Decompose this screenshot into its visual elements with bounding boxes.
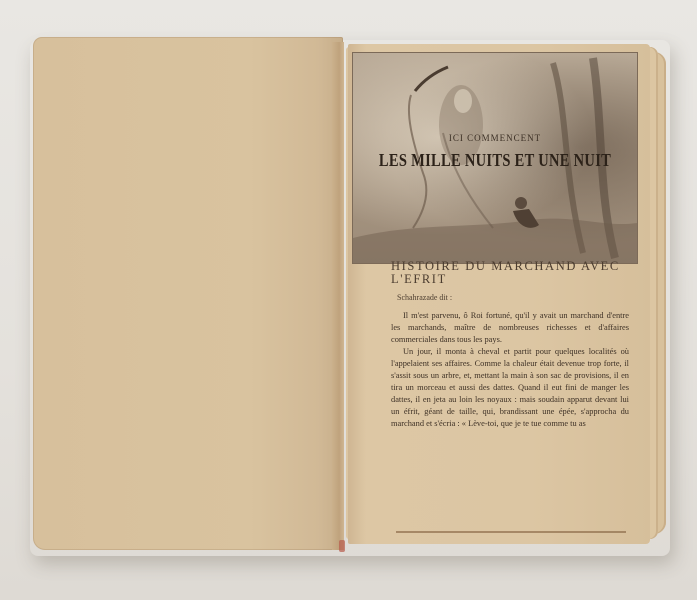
left-page-blank <box>33 37 343 550</box>
plate-title: LES MILLE NUITS ET UNE NUIT <box>353 151 637 172</box>
speaker-line: Schahrazade dit : <box>397 293 452 302</box>
paragraph: Il m'est parvenu, ô Roi fortuné, qu'il y… <box>391 310 629 346</box>
plate-subtitle: ICI COMMENCENT <box>353 133 637 143</box>
page-bottom-rule <box>396 531 626 533</box>
book-spine-gutter <box>332 42 344 550</box>
illustration-plate: ICI COMMENCENT LES MILLE NUITS ET UNE NU… <box>352 52 638 264</box>
photo-scene: ICI COMMENCENT LES MILLE NUITS ET UNE NU… <box>0 0 697 600</box>
chapter-title-line-2: L'EFRIT <box>391 273 631 286</box>
spine-binding-red <box>339 540 345 552</box>
chapter-title: HISTOIRE DU MARCHAND AVEC L'EFRIT <box>391 260 631 286</box>
paragraph: Un jour, il monta à cheval et partit pou… <box>391 346 629 430</box>
body-text: Il m'est parvenu, ô Roi fortuné, qu'il y… <box>391 310 629 430</box>
